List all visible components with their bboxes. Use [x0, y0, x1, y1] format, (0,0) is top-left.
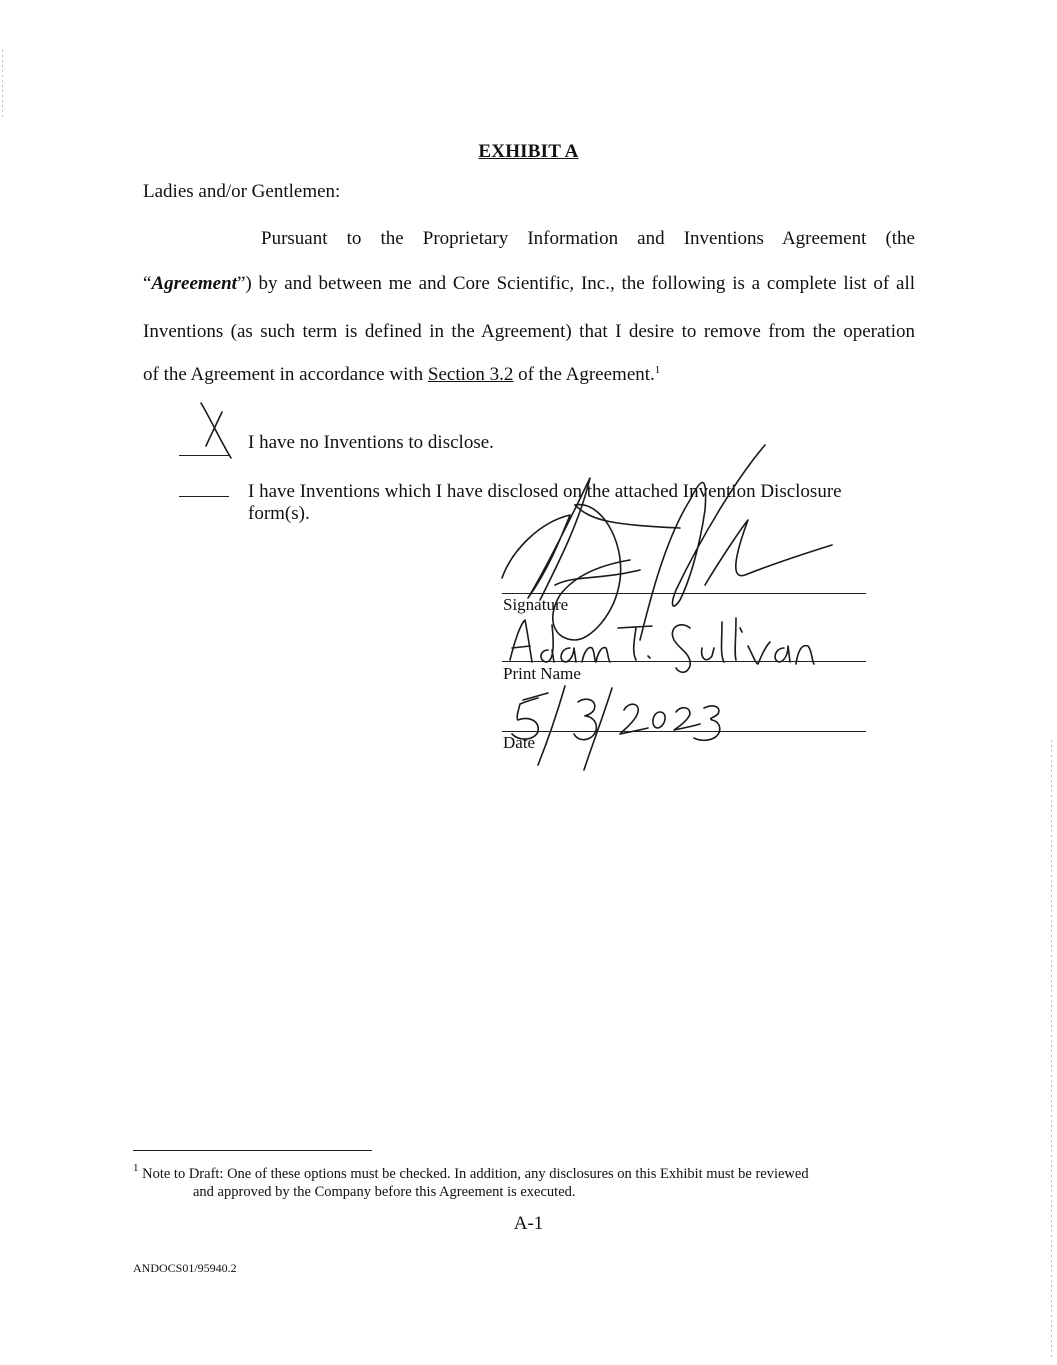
defined-term-agreement: Agreement: [151, 273, 237, 294]
signature-line[interactable]: [502, 593, 866, 594]
footnote-reference[interactable]: 1: [655, 364, 661, 376]
footnote-line-2: and approved by the Company before this …: [193, 1184, 576, 1201]
paragraph-line-4-start: of the Agreement in accordance with: [143, 364, 428, 385]
option-2-checkbox-line[interactable]: [179, 496, 229, 497]
paragraph-line-4-end: of the Agreement.: [513, 364, 654, 385]
footnote-rule: [133, 1150, 372, 1151]
page-number: A-1: [0, 1213, 1057, 1235]
paragraph-line-1: Pursuant to the Proprietary Information …: [261, 228, 915, 250]
paragraph-line-4: of the Agreement in accordance with Sect…: [143, 364, 915, 386]
signature-label: Signature: [503, 595, 568, 615]
footnote-marker: 1: [133, 1162, 139, 1174]
x-check-mark: [201, 403, 231, 458]
document-page: EXHIBIT A Ladies and/or Gentlemen: Pursu…: [0, 0, 1057, 1365]
date-label: Date: [503, 733, 535, 753]
scan-edge-right: [1051, 740, 1052, 1360]
footnote-text-1: Note to Draft: One of these options must…: [142, 1166, 808, 1182]
footnote-line-1: 1 Note to Draft: One of these options mu…: [133, 1166, 809, 1183]
paragraph-line-2: “Agreement”) by and between me and Core …: [143, 273, 915, 295]
date-line[interactable]: [502, 731, 866, 732]
paragraph-line-2-rest: ”) by and between me and Core Scientific…: [237, 273, 915, 294]
print-name-label: Print Name: [503, 664, 581, 684]
option-1-label: I have no Inventions to disclose.: [248, 432, 494, 454]
section-reference-link[interactable]: Section 3.2: [428, 364, 514, 385]
handwritten-date: [512, 686, 720, 770]
option-2-label-line-1: I have Inventions which I have disclosed…: [248, 481, 842, 503]
print-name-line[interactable]: [502, 661, 866, 662]
document-id: ANDOCS01/95940.2: [133, 1261, 237, 1276]
option-1-checkbox-line[interactable]: [179, 455, 229, 456]
exhibit-title: EXHIBIT A: [0, 141, 1057, 163]
salutation: Ladies and/or Gentlemen:: [143, 181, 340, 203]
paragraph-line-3: Inventions (as such term is defined in t…: [143, 321, 915, 343]
scan-edge-left: [2, 50, 3, 120]
option-2-label-line-2: form(s).: [248, 503, 310, 525]
